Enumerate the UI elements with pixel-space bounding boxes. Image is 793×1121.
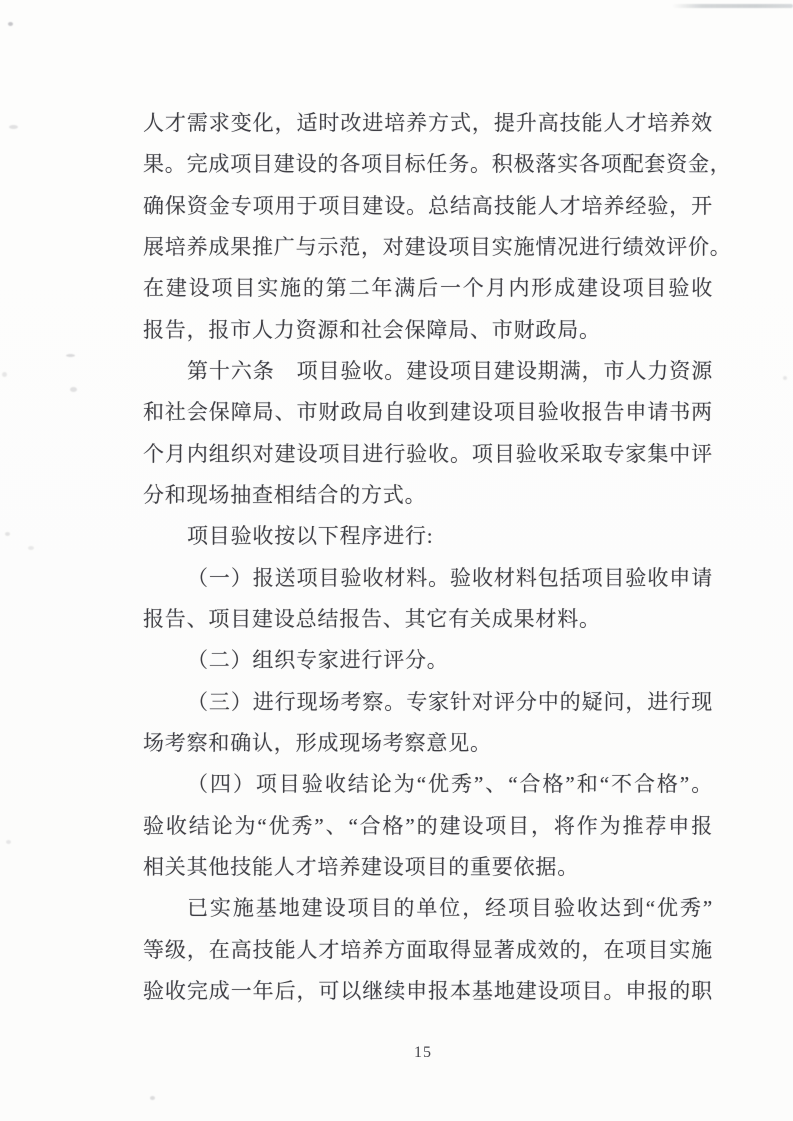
scan-speck-artifact: [2, 372, 7, 377]
text-line: 验收完成一年后，可以继续申报本基地建设项目。申报的职: [143, 971, 713, 1012]
text-line: （三）进行现场考察。专家针对评分中的疑问，进行现: [143, 682, 713, 723]
text-line: 报告、项目建设总结报告、其它有关成果材料。: [143, 599, 713, 640]
text-line: 项目验收按以下程序进行:: [143, 516, 713, 557]
scan-speck-artifact: [28, 546, 34, 550]
scan-speck-artifact: [6, 840, 11, 844]
document-page: 人才需求变化，适时改进培养方式，提升高技能人才培养效果。完成项目建设的各项目标任…: [0, 0, 793, 1121]
text-line: 等级，在高技能人才培养方面取得显著成效的，在项目实施: [143, 930, 713, 971]
text-line: 验收结论为“优秀”、“合格”的建设项目，将作为推荐申报: [143, 806, 713, 847]
scan-speck-artifact: [9, 125, 18, 129]
text-line: 已实施基地建设项目的单位，经项目验收达到“优秀”: [143, 888, 713, 929]
scan-speck-artifact: [8, 22, 13, 26]
text-line: 第十六条 项目验收。建设项目建设期满，市人力资源: [143, 351, 713, 392]
scan-speck-artifact: [70, 387, 77, 392]
text-line: 在建设项目实施的第二年满后一个月内形成建设项目验收: [143, 268, 713, 309]
document-body-text: 人才需求变化，适时改进培养方式，提升高技能人才培养效果。完成项目建设的各项目标任…: [143, 103, 713, 1012]
text-line: 展培养成果推广与示范，对建设项目实施情况进行绩效评价。: [143, 227, 713, 268]
text-line: 分和现场抽查相结合的方式。: [143, 475, 713, 516]
text-line: 果。完成项目建设的各项目标任务。积极落实各项配套资金，: [143, 144, 713, 185]
text-line: （二）组织专家进行评分。: [143, 640, 713, 681]
scan-speck-artifact: [150, 1096, 155, 1100]
text-line: 和社会保障局、市财政局自收到建设项目验收报告申请书两: [143, 392, 713, 433]
text-line: 相关其他技能人才培养建设项目的重要依据。: [143, 847, 713, 888]
scan-speck-artifact: [66, 354, 75, 357]
text-line: （一）报送项目验收材料。验收材料包括项目验收申请: [143, 558, 713, 599]
text-line: 确保资金专项用于项目建设。总结高技能人才培养经验，开: [143, 186, 713, 227]
page-number: 15: [143, 1041, 703, 1065]
text-line: 报告，报市人力资源和社会保障局、市财政局。: [143, 310, 713, 351]
scan-speck-artifact: [5, 532, 10, 536]
text-line: 人才需求变化，适时改进培养方式，提升高技能人才培养效: [143, 103, 713, 144]
text-line: 场考察和确认，形成现场考察意见。: [143, 723, 713, 764]
scan-streak-artifact: [672, 4, 793, 8]
text-line: 个月内组织对建设项目进行验收。项目验收采取专家集中评: [143, 434, 713, 475]
text-line: （四）项目验收结论为“优秀”、“合格”和“不合格”。: [143, 764, 713, 805]
scan-speck-artifact: [783, 376, 787, 380]
